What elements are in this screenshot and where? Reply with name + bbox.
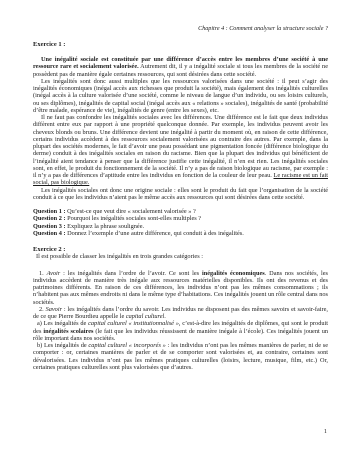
- question-label: Question 4 :: [33, 230, 66, 237]
- question-text: Donnez l’exemple d’une autre différence,…: [66, 230, 244, 237]
- question-item-3: Question 3 : Expliquez la phrase soulign…: [33, 223, 328, 230]
- exercise1-paragraph-1: Une inégalité sociale est constituée par…: [33, 56, 328, 78]
- exercise1-paragraph-3: Il ne faut pas confondre les inégalités …: [33, 114, 328, 187]
- exercise2-intro: Il est possible de classer les inégalité…: [33, 253, 328, 260]
- exercise1-title: Exercice 1 :: [33, 41, 328, 48]
- document-page: Chapitre 4 : Comment analyser la structu…: [0, 0, 360, 466]
- question-item-4: Question 4 : Donnez l’exemple d’une autr…: [33, 230, 328, 237]
- exercise1-questions: Question 1 : Qu’est-ce que veut dire « s…: [33, 208, 328, 237]
- exercise2-item-avoir: 1. Avoir : les inégalités dans l’ordre d…: [33, 270, 328, 306]
- exercise1-paragraph-2: Les inégalités sont donc aussi multiples…: [33, 78, 328, 114]
- chapter-header: Chapitre 4 : Comment analyser la structu…: [33, 26, 328, 33]
- page-content: Chapitre 4 : Comment analyser la structu…: [33, 26, 328, 371]
- exercise2-item-savoir-a: a) Les inégalités de capital culturel « …: [33, 320, 328, 342]
- question-label: Question 1 :: [33, 208, 66, 215]
- exercise2-title: Exercice 2 :: [33, 246, 328, 253]
- question-text: Pourquoi les inégalités sociales sont-el…: [66, 215, 202, 222]
- question-item-2: Question 2 : Pourquoi les inégalités soc…: [33, 215, 328, 222]
- exercise2-item-savoir: 2. Savoir : les inégalités dans l’ordre …: [33, 306, 328, 321]
- page-number: 1: [324, 428, 327, 435]
- question-text: Expliquez la phrase soulignée.: [66, 223, 145, 230]
- question-label: Question 2 :: [33, 215, 66, 222]
- question-text: Qu’est-ce que veut dire « socialement va…: [66, 208, 196, 215]
- exercise1-paragraph-4: Les inégalités sociales ont donc une ori…: [33, 187, 328, 202]
- exercise2-item-savoir-b: b) Les inégalités de capital culturel « …: [33, 342, 328, 371]
- question-item-1: Question 1 : Qu’est-ce que veut dire « s…: [33, 208, 328, 215]
- question-label: Question 3 :: [33, 223, 66, 230]
